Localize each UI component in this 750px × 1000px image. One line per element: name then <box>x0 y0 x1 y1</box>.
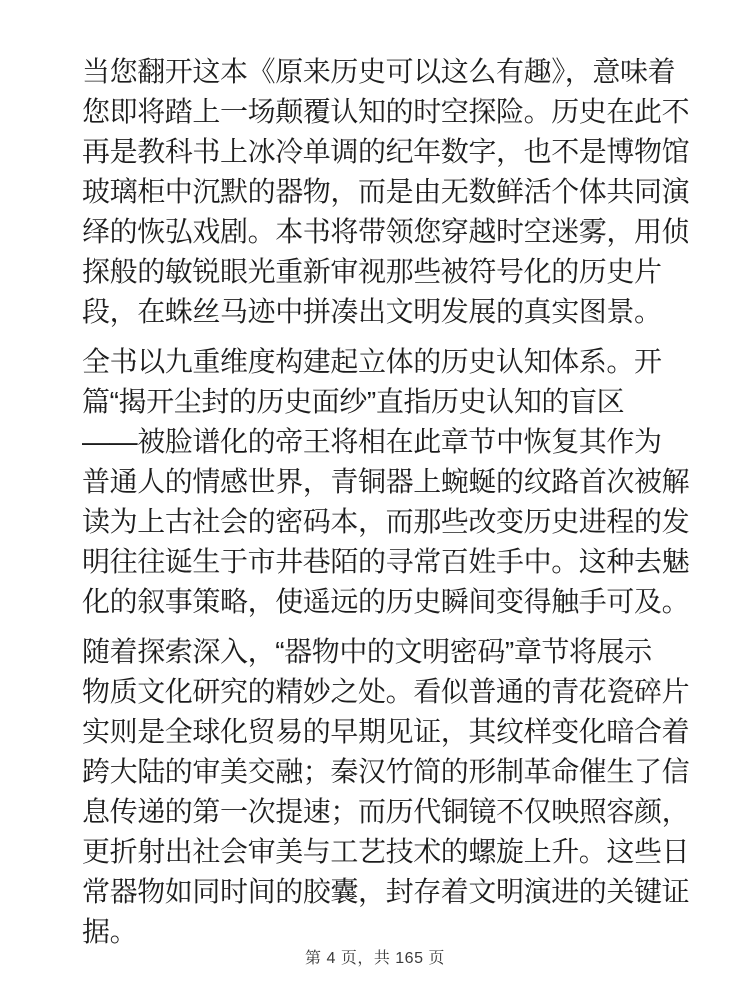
page-content: 当您翻开这本《原来历史可以这么有趣》，意味着 您即将踏上一场颠覆认知的时空探险。… <box>82 52 712 962</box>
paragraph-chapter-two: 随着探索深入，“器物中的文明密码”章节将展示 物质文化研究的精妙之处。看似普通的… <box>82 632 712 952</box>
page-indicator: 第 4 页，共 165 页 <box>0 949 750 969</box>
paragraph-chapter-one: 全书以九重维度构建起立体的历史认知体系。开 篇“揭开尘封的历史面纱”直指历史认知… <box>82 342 712 622</box>
paragraph-intro: 当您翻开这本《原来历史可以这么有趣》，意味着 您即将踏上一场颠覆认知的时空探险。… <box>82 52 712 332</box>
document-page: 当您翻开这本《原来历史可以这么有趣》，意味着 您即将踏上一场颠覆认知的时空探险。… <box>0 0 750 1000</box>
